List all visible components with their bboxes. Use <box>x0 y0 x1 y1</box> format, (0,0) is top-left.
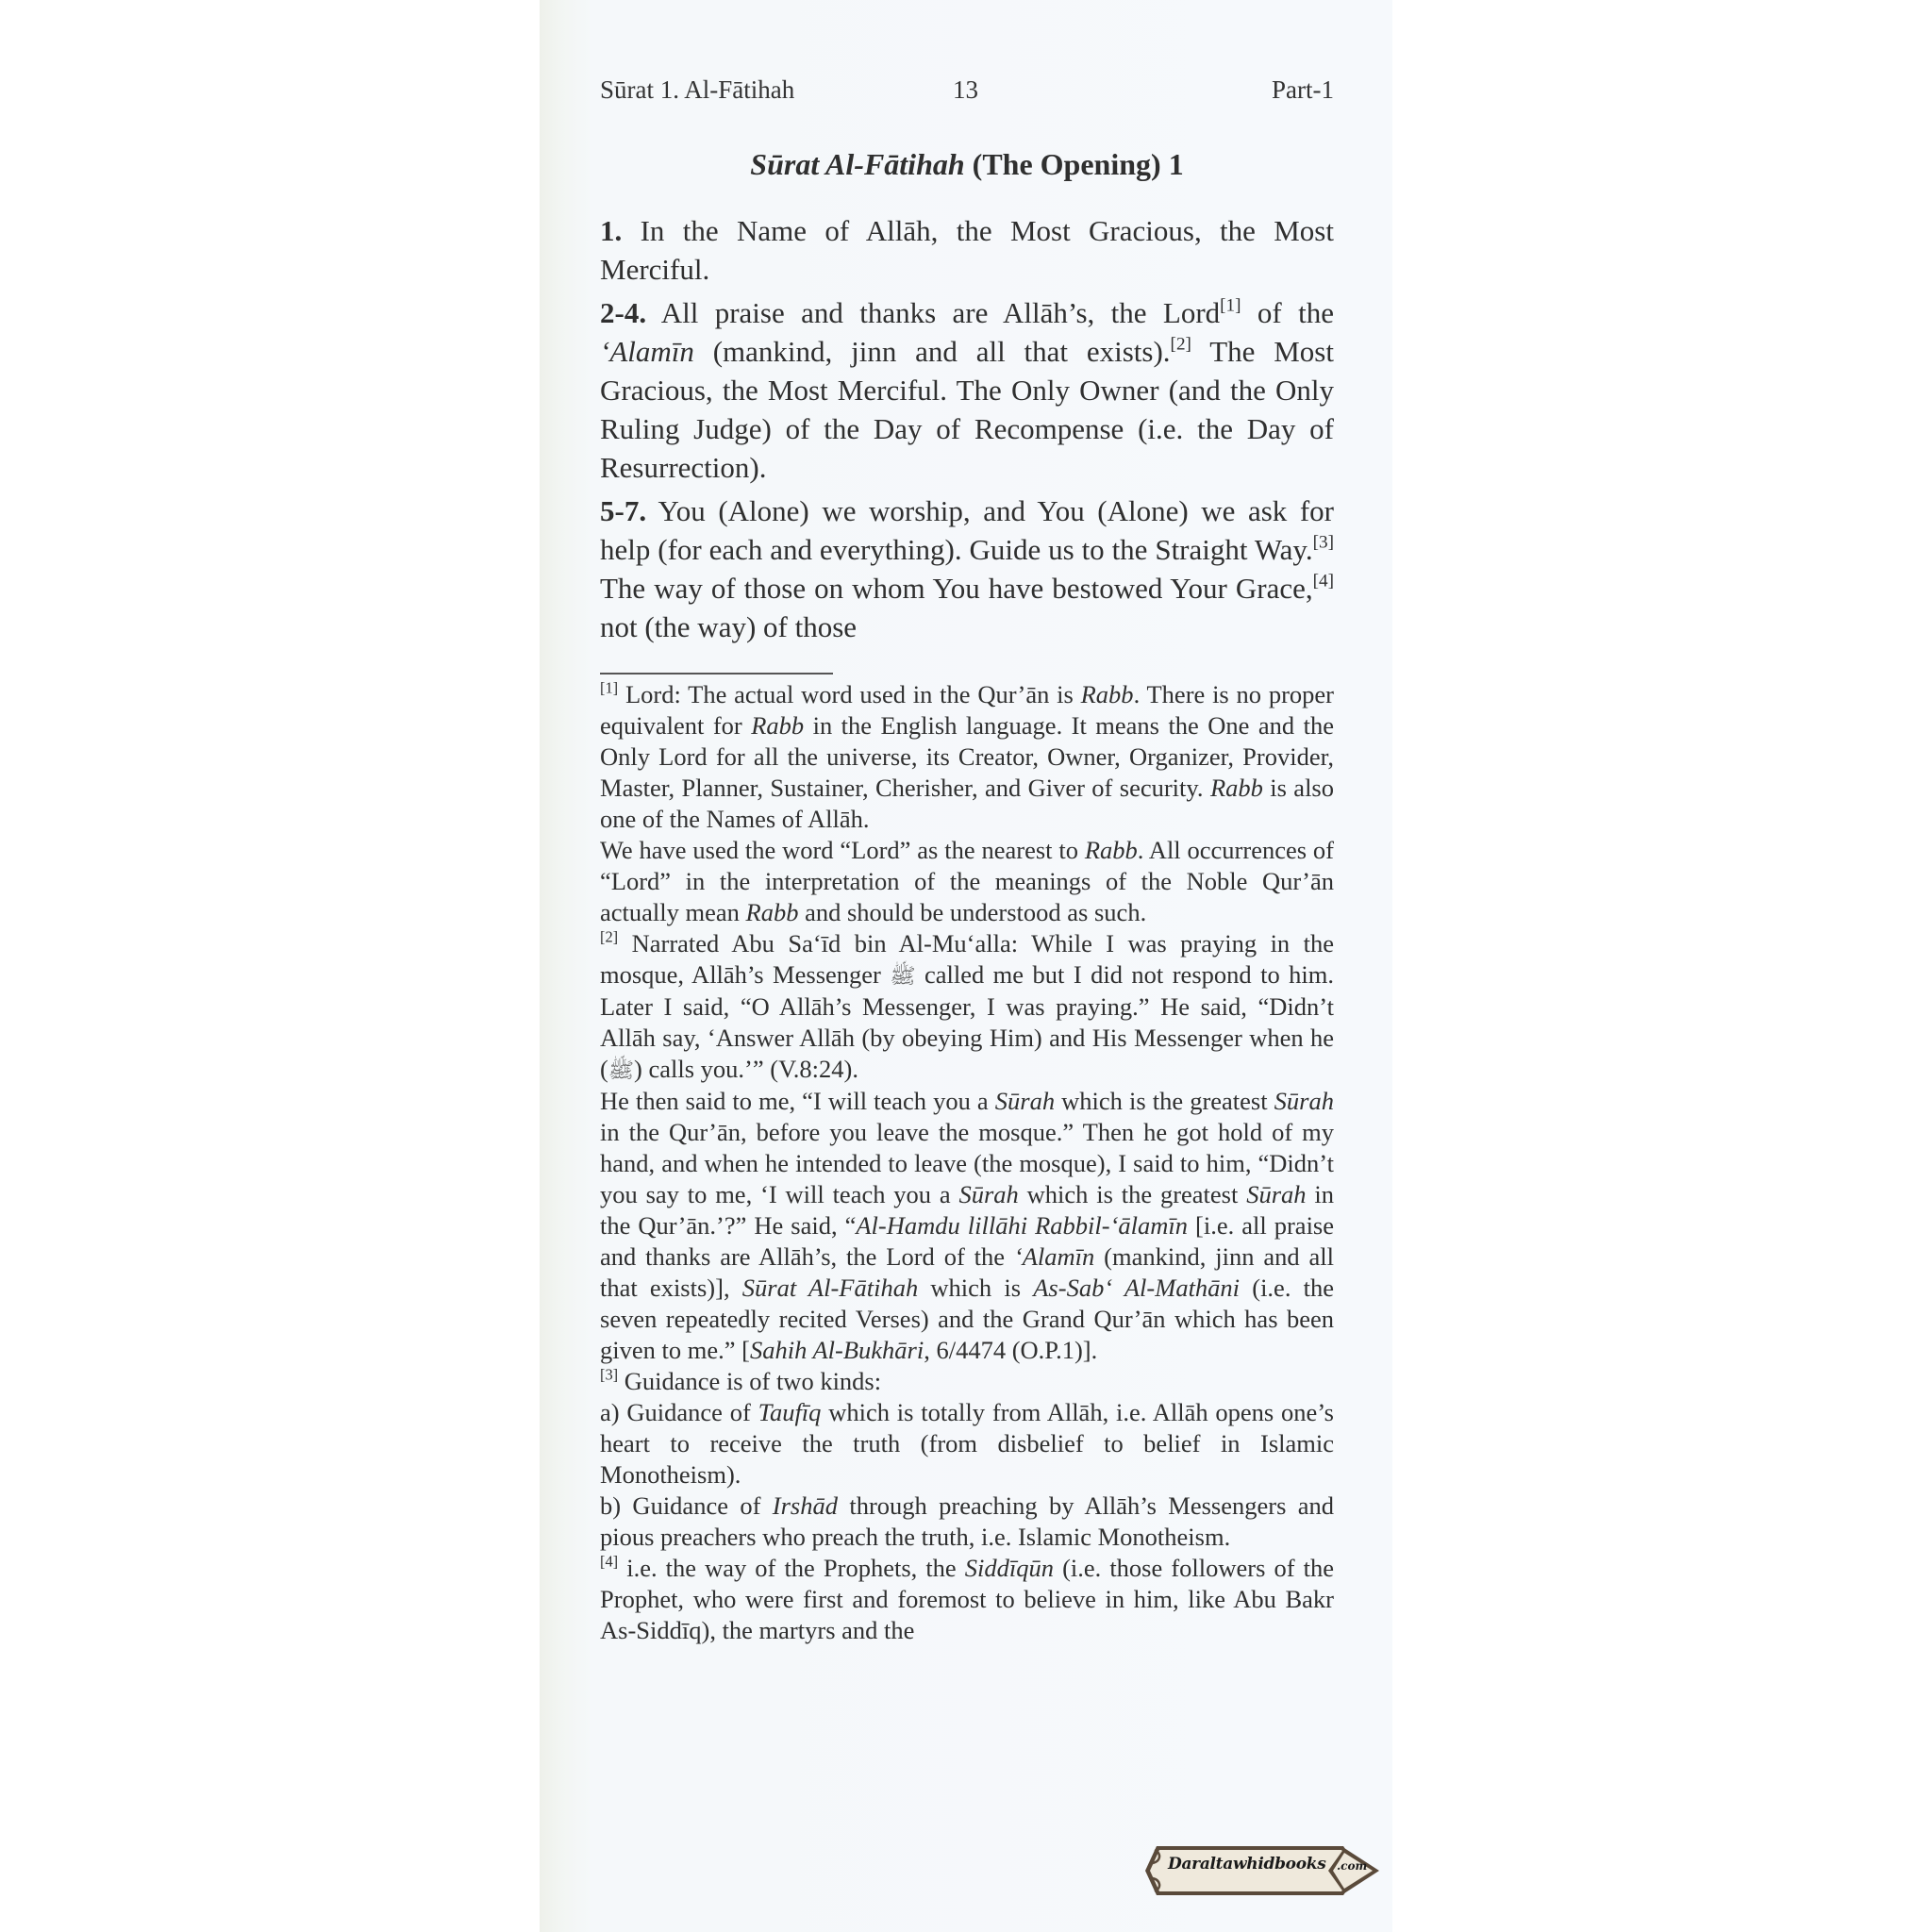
italic-term: Sahih Al-Bukhāri <box>750 1336 924 1364</box>
italic-term: Sūrah <box>995 1087 1055 1115</box>
footnote-paragraph: He then said to me, “I will teach you a … <box>600 1086 1334 1366</box>
italic-term: Rabb <box>751 711 804 740</box>
footnote-paragraph: b) Guidance of Irshād through preaching … <box>600 1491 1334 1553</box>
footnote-paragraph: We have used the word “Lord” as the near… <box>600 835 1334 928</box>
italic-term: Rabb <box>1210 774 1263 802</box>
footnote-ref: [2] <box>1171 335 1191 355</box>
italic-term: Sūrah <box>1246 1180 1306 1208</box>
footnote-ref: [1] <box>1220 296 1241 316</box>
header-part-label: Part-1 <box>1272 75 1334 105</box>
surah-title-italic: Sūrat Al-Fātihah <box>750 147 964 181</box>
footnote-paragraph: a) Guidance of Taufīq which is totally f… <box>600 1397 1334 1491</box>
footnote-separator <box>600 673 833 675</box>
verse-number: 1. <box>600 214 622 247</box>
italic-term: Sūrah <box>958 1180 1018 1208</box>
italic-term: Taufīq <box>758 1398 822 1426</box>
italic-term: Siddīqūn <box>965 1554 1054 1582</box>
footnote-ref: [4] <box>600 1552 618 1570</box>
italic-term: Sūrat Al-Fātihah <box>742 1274 918 1302</box>
italic-term: As-Sab‘ Al-Mathāni <box>1033 1274 1240 1302</box>
footnote-ref: [2] <box>600 927 618 945</box>
book-page: Sūrat 1. Al-Fātihah 13 Part-1 Sūrat Al-F… <box>540 0 1392 1932</box>
italic-term: Rabb <box>746 898 799 926</box>
verse-number: 2-4. <box>600 296 646 329</box>
logo-name: Daraltawhidbooks <box>1168 1855 1326 1874</box>
verse-number: 5-7. <box>600 494 646 527</box>
footnote-ref: [4] <box>1313 572 1334 591</box>
salutation-icon: ﷺ <box>890 964 915 988</box>
italic-term: Al-Hamdu lillāhi Rabbil-‘ālamīn <box>856 1211 1188 1240</box>
running-header: Sūrat 1. Al-Fātihah 13 Part-1 <box>600 75 1334 113</box>
footnote-paragraph: [4] i.e. the way of the Prophets, the Si… <box>600 1553 1334 1646</box>
verse: 2-4. All praise and thanks are Allāh’s, … <box>600 293 1334 487</box>
footnote-paragraph: [1] Lord: The actual word used in the Qu… <box>600 679 1334 835</box>
italic-term: ‘Alamīn <box>600 335 694 368</box>
salutation-icon: ﷺ <box>608 1058 634 1082</box>
page-number: 13 <box>953 75 978 105</box>
italic-term: Rabb <box>1081 680 1134 708</box>
footnote-ref: [3] <box>600 1365 618 1383</box>
verse-text: 1. In the Name of Allāh, the Most Gracio… <box>600 211 1334 651</box>
header-surah-label: Sūrat 1. Al-Fātihah <box>600 75 794 105</box>
footnote-ref: [3] <box>1313 533 1334 553</box>
italic-term: Sūrah <box>1274 1087 1334 1115</box>
surah-title: Sūrat Al-Fātihah (The Opening) 1 <box>600 147 1334 182</box>
italic-term: Rabb <box>1085 836 1138 864</box>
verse: 1. In the Name of Allāh, the Most Gracio… <box>600 211 1334 289</box>
italic-term: ‘Alamīn <box>1014 1242 1094 1271</box>
italic-term: Irshād <box>773 1491 838 1520</box>
footnote-ref: [1] <box>600 678 618 696</box>
surah-title-rest: (The Opening) 1 <box>965 147 1184 181</box>
footnote-paragraph: [2] Narrated Abu Sa‘īd bin Al-Mu‘alla: W… <box>600 928 1334 1086</box>
footnotes: [1] Lord: The actual word used in the Qu… <box>600 679 1334 1646</box>
watermark-logo: Daraltawhidbooks .com <box>1143 1842 1383 1899</box>
logo-domain: .com <box>1337 1859 1367 1873</box>
footnote-paragraph: [3] Guidance is of two kinds: <box>600 1366 1334 1397</box>
verse: 5-7. You (Alone) we worship, and You (Al… <box>600 491 1334 646</box>
